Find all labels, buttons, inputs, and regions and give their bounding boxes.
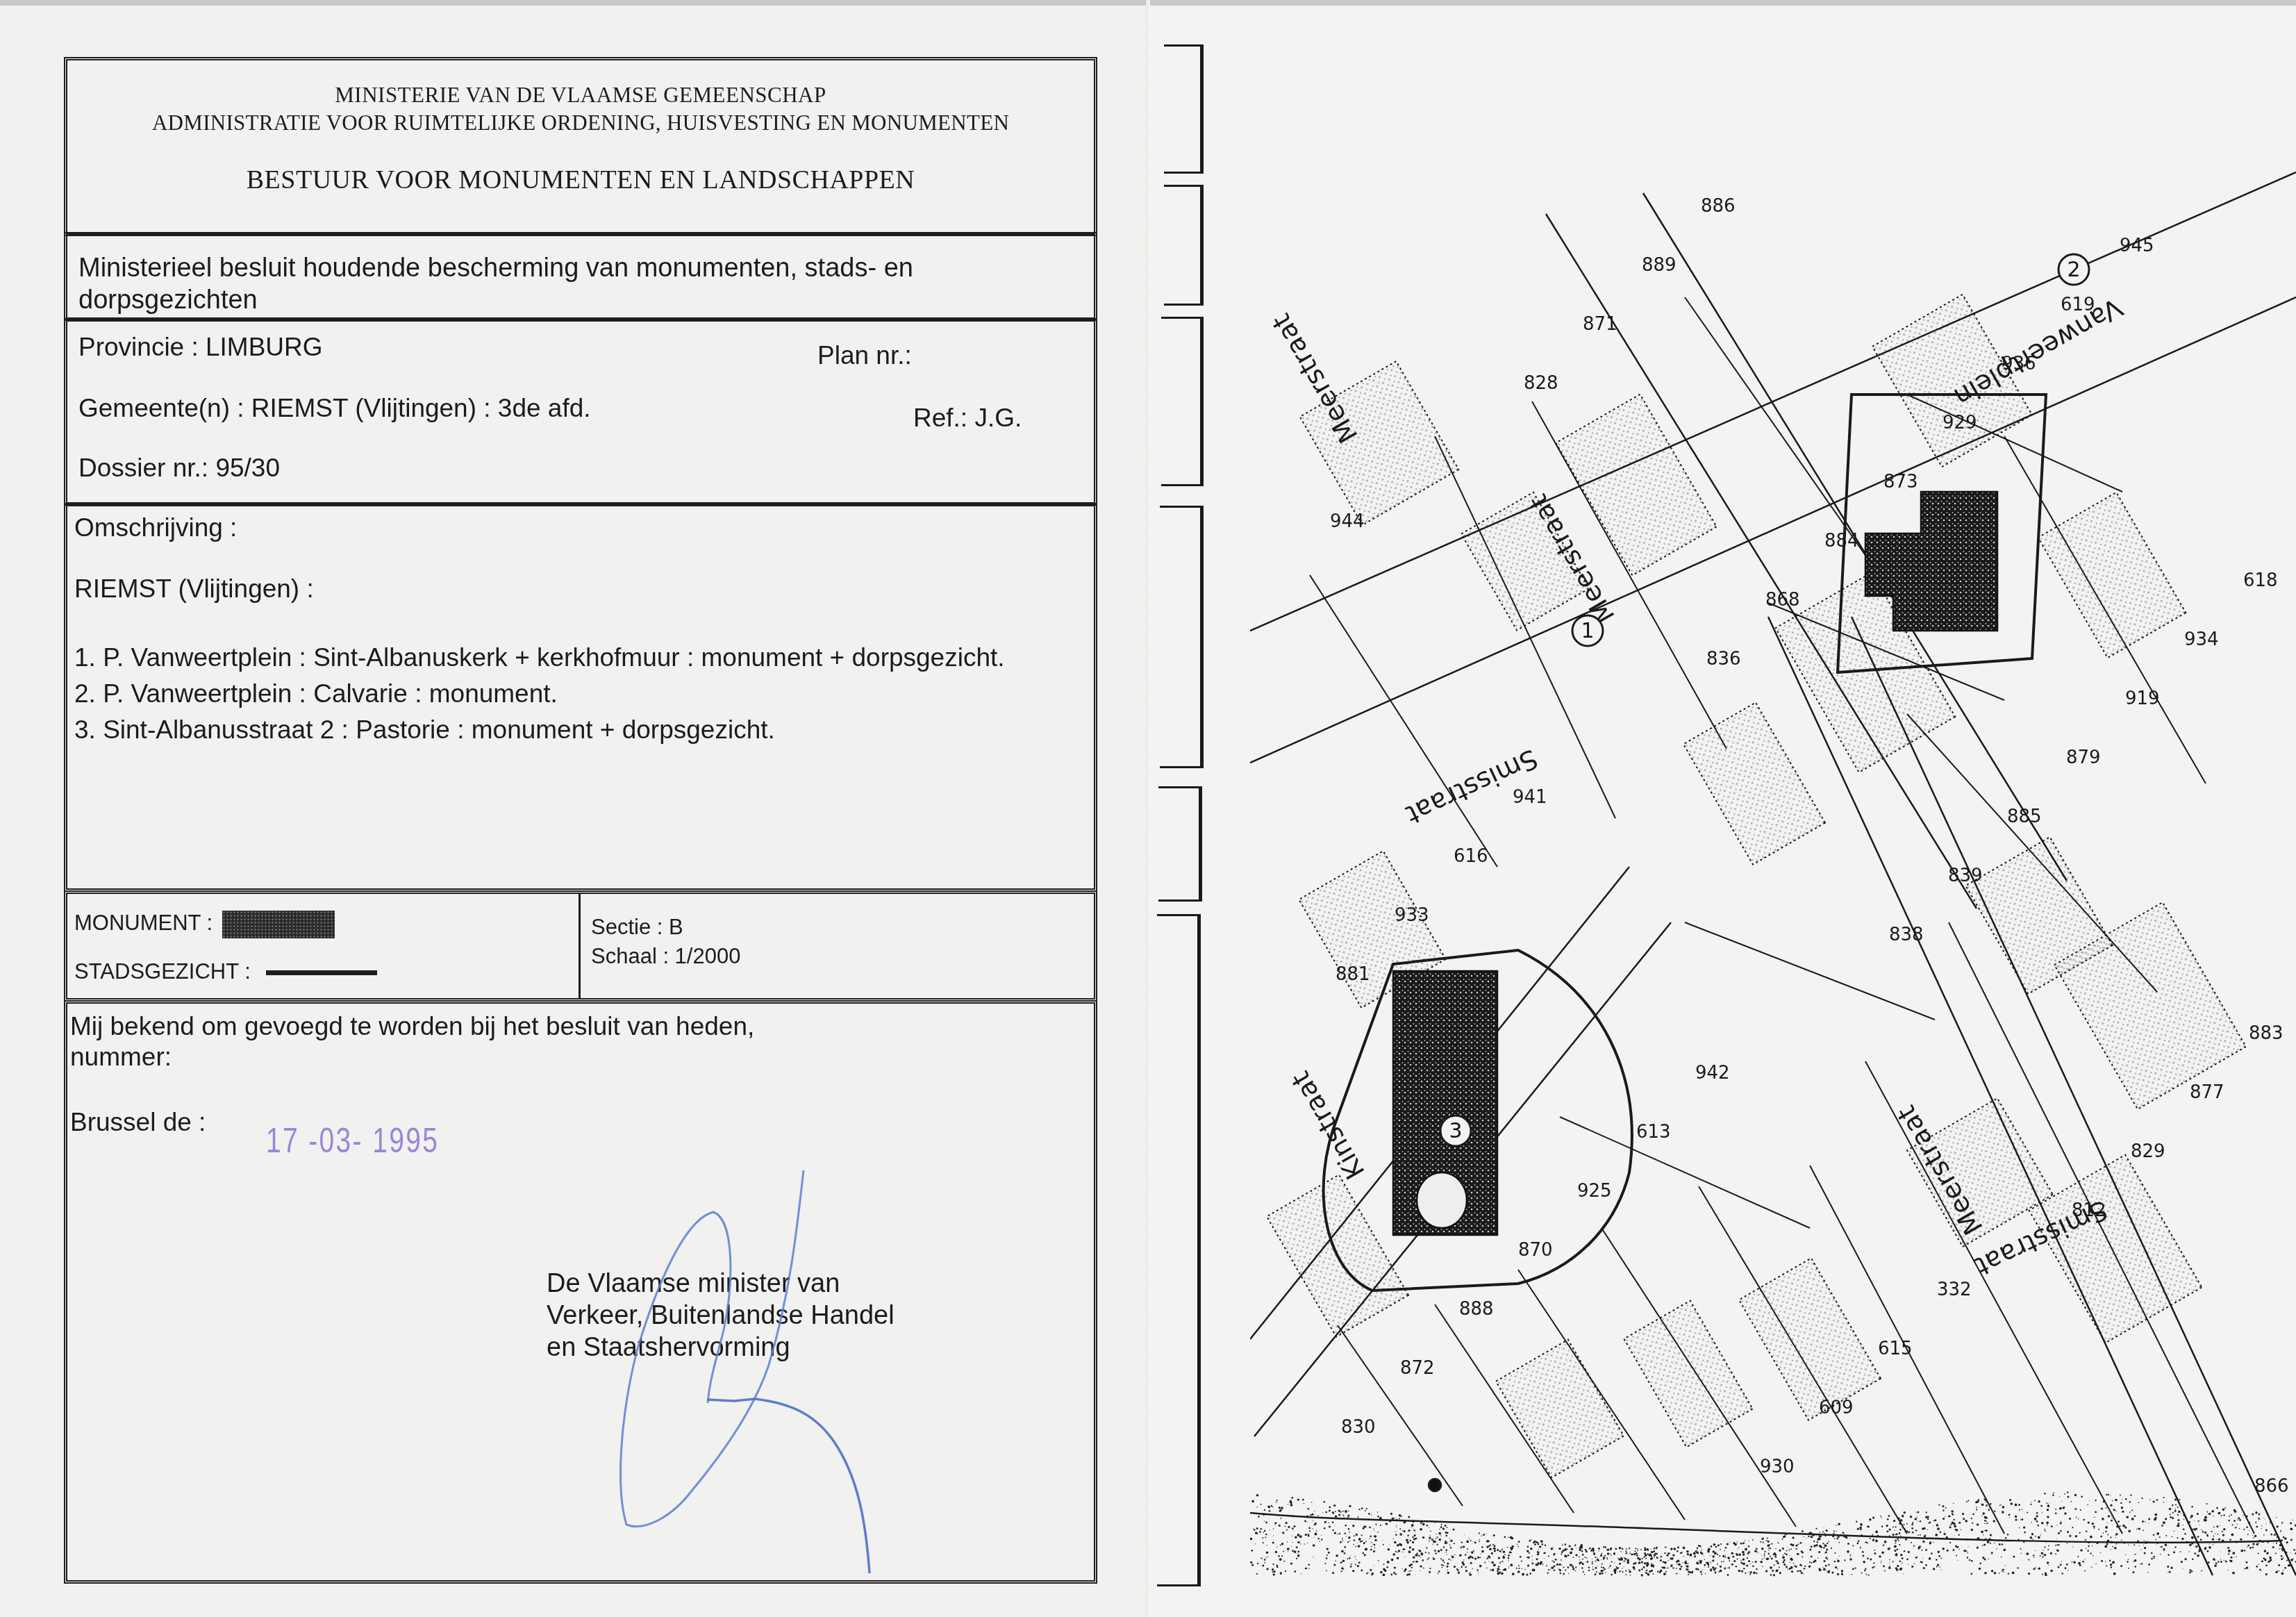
svg-text:877: 877 [2190,1082,2224,1103]
decree-title: Ministerieel besluit houdende beschermin… [78,252,995,316]
minister-title: De Vlaamse minister van Verkeer, Buitenl… [547,1268,895,1363]
svg-text:830: 830 [1341,1417,1376,1438]
monument-label: MONUMENT : [74,911,213,935]
svg-text:866: 866 [2254,1476,2289,1497]
svg-text:871: 871 [1583,314,1617,335]
stadsgezicht-line [266,970,377,975]
svg-text:889: 889 [1642,255,1677,276]
svg-text:609: 609 [1819,1398,1854,1418]
plan-nr-field: Plan nr.: [817,341,912,370]
svg-text:884: 884 [1824,531,1859,552]
svg-text:942: 942 [1695,1063,1730,1084]
binder-tab [1164,185,1204,306]
svg-text:829: 829 [2131,1141,2165,1162]
svg-text:885: 885 [2007,806,2042,827]
legend-box: MONUMENT : STADSGEZICHT : Sectie : B Sch… [64,890,1097,1002]
nummer-label: nummer: [70,1043,172,1072]
svg-text:836: 836 [1706,649,1741,670]
svg-text:868: 868 [1765,590,1800,611]
binder-tab [1161,317,1204,486]
svg-text:879: 879 [2066,747,2101,768]
svg-text:618: 618 [2243,570,2278,591]
svg-text:615: 615 [1878,1338,1913,1359]
svg-text:886: 886 [1701,196,1736,217]
svg-text:2: 2 [2067,258,2080,282]
description-label: Omschrijving : [74,513,237,542]
ministry-name: MINISTERIE VAN DE VLAAMSE GEMEENSCHAP [67,83,1094,108]
monument-swatch [222,911,335,938]
administration-name: ADMINISTRATIE VOOR RUIMTELIJKE ORDENING,… [67,110,1094,135]
svg-text:936: 936 [2002,354,2036,374]
stadsgezicht-legend: STADSGEZICHT : [74,959,377,984]
monument-legend: MONUMENT : [74,911,335,938]
binder-tab [1157,914,1201,1586]
notice-text: Mij bekend om gevoegd te worden bij het … [70,1012,754,1041]
decree-title-box: Ministerieel besluit houdende beschermin… [64,232,1097,321]
binder-tab [1158,786,1202,902]
sectie-field: Sectie : B [591,915,683,940]
schaal-field: Schaal : 1/2000 [591,944,740,969]
svg-text:838: 838 [1889,924,1924,945]
svg-text:941: 941 [1513,787,1547,808]
svg-text:945: 945 [2120,235,2154,256]
svg-text:888: 888 [1459,1299,1494,1320]
svg-text:1: 1 [1581,619,1594,643]
description-item: 1. P. Vanweertplein : Sint-Albanuskerk +… [74,640,1047,676]
svg-text:934: 934 [2184,629,2219,650]
page-crease [1146,0,1150,1617]
minister-line: De Vlaamse minister van [547,1268,895,1300]
svg-text:828: 828 [1524,373,1558,394]
svg-text:873: 873 [1883,472,1918,492]
legend-divider [579,894,581,998]
svg-text:3: 3 [1449,1119,1462,1143]
svg-text:881: 881 [1336,964,1370,985]
ref-field: Ref.: J.G. [913,404,1022,433]
svg-text:872: 872 [1400,1358,1435,1379]
svg-text:883: 883 [2249,1023,2283,1044]
svg-text:619: 619 [2061,295,2095,315]
description-items: 1. P. Vanweertplein : Sint-Albanuskerk +… [74,640,1047,748]
svg-text:839: 839 [1948,865,1983,886]
dossier-meta: Provincie : LIMBURG Plan nr.: Gemeente(n… [64,318,1097,506]
signature-box: Mij bekend om gevoegd te worden bij het … [64,1000,1097,1584]
binder-tab [1160,506,1204,768]
provincie-field: Provincie : LIMBURG [78,333,323,362]
ministry-header: MINISTERIE VAN DE VLAAMSE GEMEENSCHAP AD… [64,57,1097,236]
description-item: 3. Sint-Albanusstraat 2 : Pastorie : mon… [74,712,1047,748]
svg-text:933: 933 [1395,905,1429,926]
svg-text:925: 925 [1577,1181,1612,1202]
date-stamp: 17 -03- 1995 [266,1120,439,1161]
department-name: BESTUUR VOOR MONUMENTEN EN LANDSCHAPPEN [67,165,1094,195]
minister-line: Verkeer, Buitenlandse Handel [547,1300,895,1332]
dossier-field: Dossier nr.: 95/30 [78,454,280,483]
stadsgezicht-label: STADSGEZICHT : [74,959,251,984]
svg-text:929: 929 [1943,413,1977,433]
gemeente-field: Gemeente(n) : RIEMST (Vlijtingen) : 3de … [78,394,591,423]
svg-text:919: 919 [2125,688,2160,709]
description-item: 2. P. Vanweertplein : Calvarie : monumen… [74,676,1047,712]
svg-text:812: 812 [2072,1200,2106,1221]
cadastral-map: MeerstraatMeerstraatMeerstraatVanweertpl… [1250,69,2296,1617]
binder-tab [1164,44,1204,174]
minister-line: en Staatshervorming [547,1332,895,1363]
brussel-label: Brussel de : [70,1108,206,1137]
svg-text:613: 613 [1636,1122,1671,1143]
description-place: RIEMST (Vlijtingen) : [74,574,314,604]
svg-text:930: 930 [1760,1457,1795,1477]
svg-text:944: 944 [1330,511,1365,532]
svg-text:616: 616 [1454,846,1488,867]
svg-text:Kinstraat: Kinstraat [1285,1066,1371,1184]
svg-text:332: 332 [1937,1279,1972,1300]
svg-text:870: 870 [1518,1240,1553,1261]
description-box: Omschrijving : RIEMST (Vlijtingen) : 1. … [64,503,1097,892]
